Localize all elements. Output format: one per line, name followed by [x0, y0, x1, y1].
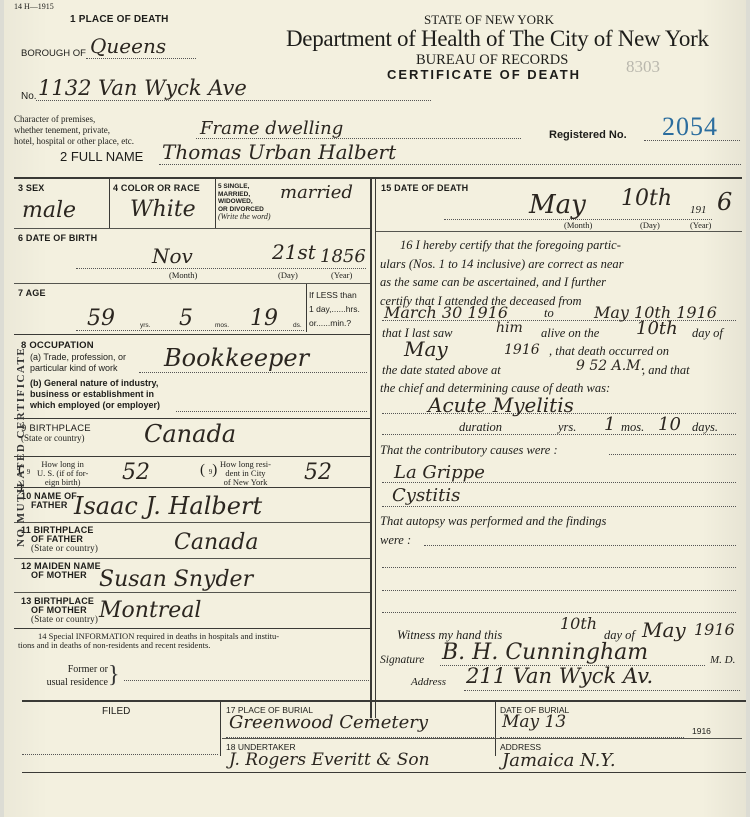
divider — [22, 700, 746, 702]
divider — [14, 418, 370, 419]
mother-birthplace-value: Montreal — [99, 598, 201, 623]
and-that-label: , and that — [642, 363, 690, 378]
attended-from: March 30 1916 — [384, 303, 508, 322]
divider — [14, 456, 370, 457]
divider — [215, 178, 216, 228]
divider — [495, 702, 496, 756]
duration-yrs-label: yrs. — [558, 420, 576, 435]
birth-year: 1856 — [320, 246, 366, 267]
yrs-label: yrs. — [140, 322, 150, 329]
occupation-a-value: Bookkeeper — [164, 344, 309, 372]
death-day: 10th — [621, 186, 672, 211]
sex-label: 3 SEX — [18, 183, 45, 193]
signature-label: Signature — [380, 654, 424, 666]
burial-date: May 13 — [502, 712, 566, 732]
column-divider-inner — [375, 178, 376, 718]
marital-label: 5 SINGLE, MARRIED, WIDOWED, OR DIVORCED … — [218, 183, 271, 221]
birthplace-sub-label: (State or country) — [21, 433, 84, 443]
divider — [14, 558, 370, 559]
autopsy-line-1 — [424, 543, 736, 546]
duration-months: 1 — [604, 414, 615, 435]
contributory-cause-1: La Grippe — [394, 462, 485, 483]
physician-signature: B. H. Cunningham — [442, 640, 648, 665]
divider — [222, 738, 742, 739]
contributory-cause-2: Cystitis — [392, 485, 460, 506]
occupation-label: 8 OCCUPATION — [21, 340, 94, 351]
year-caption: (Year) — [331, 270, 352, 280]
mother-name-label: 12 MAIDEN NAME OF MOTHER — [21, 562, 101, 580]
day-caption: (Day) — [640, 220, 660, 230]
premises-value: Frame dwelling — [200, 118, 343, 139]
form-code: 14 H—1915 — [14, 2, 54, 11]
former-residence-label: Former or usual residence — [18, 663, 108, 689]
father-birthplace-label: 11 BIRTHPLACE OF FATHER (State or countr… — [21, 526, 98, 553]
department-title: Department of Health of The City of New … — [286, 26, 709, 52]
certification-text: 16 I hereby certify that the foregoing p… — [380, 236, 740, 310]
father-name-label: 10 NAME OF FATHER — [21, 492, 77, 510]
divider — [14, 177, 742, 179]
death-occurred-label: , that death occurred on — [549, 344, 669, 359]
registered-number: 2054 — [662, 112, 718, 142]
physician-address-label: Address — [411, 676, 446, 688]
color-value: White — [130, 197, 196, 222]
9b-marker: ( 9) — [200, 462, 217, 479]
margin-warning-text: NO MUTILATED CERTIFICATE — [15, 377, 27, 547]
death-month: May — [529, 190, 586, 220]
autopsy-line-4 — [382, 610, 736, 613]
birthplace-value: Canada — [144, 420, 236, 448]
residence-city-label: How long resi- dent in City of New York — [220, 460, 271, 487]
undertaker-address: Jamaica N.Y. — [502, 750, 616, 771]
brace: } — [108, 662, 120, 689]
certificate-title: CERTIFICATE OF DEATH — [387, 67, 581, 82]
witness-month: May — [642, 618, 686, 642]
premises-label: Character of premises, whether tenement,… — [14, 114, 134, 147]
less-than-day-label: If LESS than 1 day,......hrs. or......mi… — [309, 288, 360, 330]
registered-label: Registered No. — [549, 129, 627, 141]
witness-day: 10th — [560, 614, 597, 633]
stated-above-label: the date stated above at — [382, 363, 501, 378]
place-of-death-label: 1 PLACE OF DEATH — [70, 14, 169, 25]
residence-us-value: 52 — [122, 460, 150, 485]
birth-label: 6 DATE OF BIRTH — [18, 233, 97, 243]
color-label: 4 COLOR OR RACE — [113, 183, 200, 193]
duration-days: 10 — [658, 414, 681, 435]
residence-city-value: 52 — [304, 460, 332, 485]
address-number-label: No. — [21, 91, 37, 102]
divider — [14, 628, 370, 629]
year-caption: (Year) — [690, 220, 711, 230]
full-name-value: Thomas Urban Halbert — [162, 140, 396, 164]
divider — [14, 592, 370, 593]
divider — [14, 228, 370, 229]
day-of-label: day of — [692, 326, 723, 341]
full-name-label: 2 FULL NAME — [60, 149, 143, 164]
last-saw-month: May — [404, 337, 448, 361]
ds-label: ds. — [293, 322, 302, 329]
filed-line — [22, 752, 218, 755]
divider — [22, 772, 746, 773]
day-caption: (Day) — [278, 270, 298, 280]
residence-us-label: How long in U. S. (if of for- eign birth… — [37, 460, 88, 487]
birth-day: 21st — [272, 240, 316, 264]
undertaker: J. Rogers Everitt & Son — [229, 750, 430, 770]
death-year-prefix: 191 — [690, 204, 707, 216]
md-label: M. D. — [710, 654, 735, 666]
filed-label: FILED — [102, 706, 130, 717]
burial-place: Greenwood Cemetery — [229, 712, 428, 733]
divider — [109, 178, 110, 228]
mother-birthplace-label: 13 BIRTHPLACE OF MOTHER (State or countr… — [21, 597, 98, 624]
marital-value: married — [280, 182, 353, 203]
age-months: 5 — [179, 306, 193, 331]
last-saw-year: 1916 — [504, 342, 540, 358]
former-residence-line — [124, 672, 369, 681]
birth-month: Nov — [152, 244, 193, 268]
physician-address-line — [464, 688, 740, 691]
autopsy-line-3 — [382, 588, 736, 591]
address-value: 1132 Van Wyck Ave — [38, 76, 247, 100]
duration-mos-label: mos. — [621, 420, 644, 435]
column-divider — [370, 178, 372, 718]
borough-value: Queens — [90, 34, 166, 58]
month-caption: (Month) — [169, 270, 197, 280]
occupation-a-label: (a) Trade, profession, or particular kin… — [30, 352, 126, 374]
occupation-b-line — [176, 403, 367, 412]
divider — [220, 702, 221, 756]
father-birthplace-value: Canada — [174, 530, 258, 555]
death-year-suffix: 6 — [717, 188, 732, 216]
month-caption: (Month) — [564, 220, 592, 230]
divider — [14, 334, 370, 335]
sex-value: male — [22, 198, 76, 223]
divider — [14, 283, 370, 284]
divider — [376, 231, 742, 232]
borough-label: BOROUGH OF — [21, 48, 86, 59]
duration-label: duration — [459, 420, 502, 435]
burial-year: 1916 — [692, 726, 711, 736]
death-time: 9 52 A.M. — [576, 358, 645, 374]
mos-label: mos. — [215, 322, 229, 329]
last-saw-day: 10th — [636, 318, 678, 339]
autopsy-were-label: were : — [380, 533, 411, 548]
to-label: to — [544, 306, 554, 321]
divider — [14, 522, 370, 523]
age-days: 19 — [250, 306, 278, 331]
father-name-value: Isaac J. Halbert — [74, 492, 262, 520]
cause-value: Acute Myelitis — [428, 393, 574, 417]
death-certificate: 14 H—1915 1 PLACE OF DEATH STATE OF NEW … — [4, 0, 746, 817]
autopsy-label: That autopsy was performed and the findi… — [380, 514, 606, 529]
contributory-label: That the contributory causes were : — [380, 443, 558, 458]
last-saw-who: him — [496, 320, 523, 336]
death-date-label: 15 DATE OF DEATH — [381, 183, 468, 193]
age-years: 59 — [87, 306, 115, 331]
mother-name-value: Susan Snyder — [99, 567, 253, 592]
autopsy-line-2 — [382, 565, 736, 568]
stamp-number: 8303 — [626, 57, 660, 77]
contributory-line-0 — [609, 452, 736, 455]
occupation-b-label: (b) General nature of industry, business… — [30, 378, 160, 411]
divider — [14, 487, 370, 488]
special-info-label: 14 Special INFORMATION required in death… — [18, 632, 279, 650]
physician-address: 211 Van Wyck Av. — [466, 664, 653, 688]
duration-days-label: days. — [692, 420, 718, 435]
age-label: 7 AGE — [18, 288, 46, 298]
divider — [306, 284, 307, 332]
alive-on-label: alive on the — [541, 326, 599, 341]
witness-year: 1916 — [694, 620, 735, 639]
